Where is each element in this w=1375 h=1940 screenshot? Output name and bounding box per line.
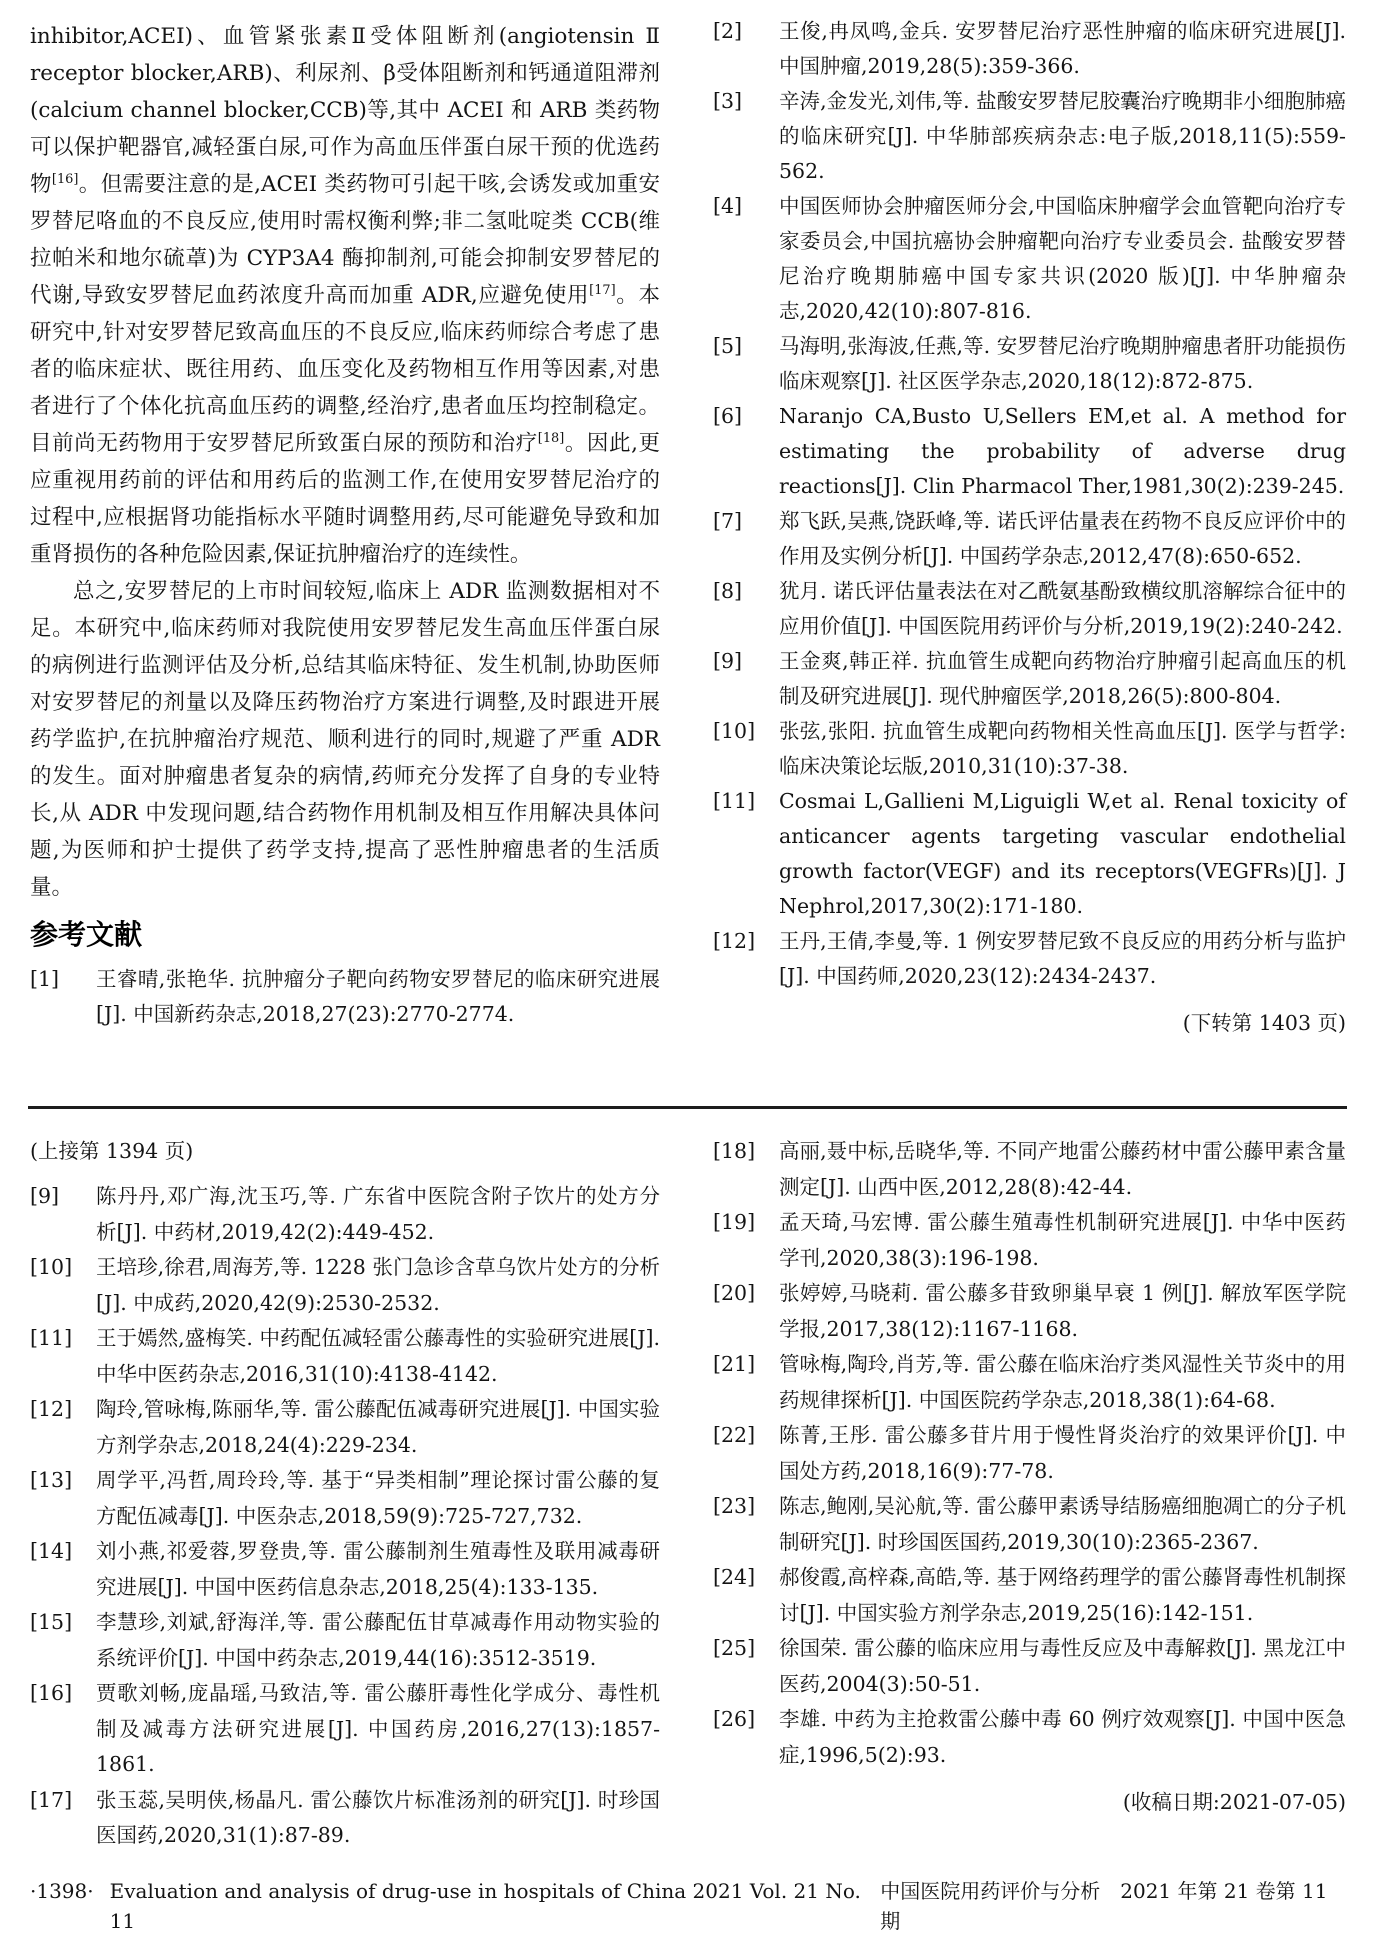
reference-label: [11] [713, 784, 779, 819]
reference-item: [12]陶玲,管咏梅,陈丽华,等. 雷公藤配伍减毒研究进展[J]. 中国实验方剂… [30, 1392, 660, 1463]
reference-text: 陈菁,王彤. 雷公藤多苷片用于慢性肾炎治疗的效果评价[J]. 中国处方药,201… [779, 1418, 1346, 1489]
continued-to-note: (下转第 1403 页) [713, 1006, 1346, 1041]
reference-text: 王俊,冉凤鸣,金兵. 安罗替尼治疗恶性肿瘤的临床研究进展[J]. 中国肿瘤,20… [779, 14, 1346, 84]
reference-item: [1]王睿晴,张艳华. 抗肿瘤分子靶向药物安罗替尼的临床研究进展[J]. 中国新… [30, 962, 660, 1032]
reference-label: [19] [713, 1205, 779, 1241]
reference-text: 王于嫣然,盛梅笑. 中药配伍减轻雷公藤毒性的实验研究进展[J]. 中华中医药杂志… [96, 1321, 660, 1392]
reference-item: [19]孟天琦,马宏博. 雷公藤生殖毒性机制研究进展[J]. 中华中医药学刊,2… [713, 1205, 1346, 1276]
reference-item: [9]陈丹丹,邓广海,沈玉巧,等. 广东省中医院含附子饮片的处方分析[J]. 中… [30, 1179, 660, 1250]
reference-label: [14] [30, 1534, 96, 1570]
reference-label: [17] [30, 1783, 96, 1819]
reference-text: 陈丹丹,邓广海,沈玉巧,等. 广东省中医院含附子饮片的处方分析[J]. 中药材,… [96, 1179, 660, 1250]
reference-text: Cosmai L,Gallieni M,Liguigli W,et al. Re… [779, 784, 1346, 924]
reference-text: 辛涛,金发光,刘伟,等. 盐酸安罗替尼胶囊治疗晚期非小细胞肺癌的临床研究[J].… [779, 84, 1346, 189]
reference-item: [9]王金爽,韩正祥. 抗血管生成靶向药物治疗肿瘤引起高血压的机制及研究进展[J… [713, 644, 1346, 714]
reference-label: [22] [713, 1418, 779, 1454]
section-divider [28, 1106, 1347, 1109]
reference-item: [18]高丽,聂中标,岳晓华,等. 不同产地雷公藤药材中雷公藤甲素含量测定[J]… [713, 1134, 1346, 1205]
reference-text: Naranjo CA,Busto U,Sellers EM,et al. A m… [779, 399, 1346, 504]
reference-label: [11] [30, 1321, 96, 1357]
references-list-continued-left: [9]陈丹丹,邓广海,沈玉巧,等. 广东省中医院含附子饮片的处方分析[J]. 中… [30, 1179, 660, 1854]
bottom-right-column: [18]高丽,聂中标,岳晓华,等. 不同产地雷公藤药材中雷公藤甲素含量测定[J]… [713, 1134, 1346, 1820]
references-list-main-left: [1]王睿晴,张艳华. 抗肿瘤分子靶向药物安罗替尼的临床研究进展[J]. 中国新… [30, 962, 660, 1032]
reference-label: [18] [713, 1134, 779, 1170]
reference-text: 马海明,张海波,任燕,等. 安罗替尼治疗晚期肿瘤患者肝功能损伤临床观察[J]. … [779, 329, 1346, 399]
reference-label: [7] [713, 504, 779, 539]
reference-label: [23] [713, 1489, 779, 1525]
reference-text: 周学平,冯哲,周玲玲,等. 基于“异类相制”理论探讨雷公藤的复方配伍减毒[J].… [96, 1463, 660, 1534]
reference-label: [20] [713, 1276, 779, 1312]
citation-superscript: [16] [52, 172, 78, 187]
reference-label: [26] [713, 1702, 779, 1738]
reference-text: 王培珍,徐君,周海芳,等. 1228 张门急诊含草乌饮片处方的分析[J]. 中成… [96, 1250, 660, 1321]
journal-title-chinese: 中国医院用药评价与分析 2021 年第 21 卷第 11 期 [880, 1876, 1347, 1936]
reference-label: [21] [713, 1347, 779, 1383]
reference-item: [16]贾歌刘畅,庞晶瑶,马致洁,等. 雷公藤肝毒性化学成分、毒性机制及减毒方法… [30, 1676, 660, 1783]
top-right-column: [2]王俊,冉凤鸣,金兵. 安罗替尼治疗恶性肿瘤的临床研究进展[J]. 中国肿瘤… [713, 14, 1346, 1041]
reference-item: [3]辛涛,金发光,刘伟,等. 盐酸安罗替尼胶囊治疗晚期非小细胞肺癌的临床研究[… [713, 84, 1346, 189]
reference-text: 陈志,鲍刚,吴沁航,等. 雷公藤甲素诱导结肠癌细胞凋亡的分子机制研究[J]. 时… [779, 1489, 1346, 1560]
citation-superscript: [17] [589, 283, 615, 298]
reference-label: [6] [713, 399, 779, 434]
reference-text: 徐国荣. 雷公藤的临床应用与毒性反应及中毒解救[J]. 黑龙江中医药,2004(… [779, 1631, 1346, 1702]
reference-label: [9] [713, 644, 779, 679]
reference-text: 郝俊霞,高梓森,高皓,等. 基于网络药理学的雷公藤肾毒性机制探讨[J]. 中国实… [779, 1560, 1346, 1631]
references-list-main-right: [2]王俊,冉凤鸣,金兵. 安罗替尼治疗恶性肿瘤的临床研究进展[J]. 中国肿瘤… [713, 14, 1346, 994]
reference-label: [10] [713, 714, 779, 749]
reference-item: [4]中国医师协会肿瘤医师分会,中国临床肿瘤学会血管靶向治疗专家委员会,中国抗癌… [713, 189, 1346, 329]
reference-item: [7]郑飞跃,吴燕,饶跃峰,等. 诺氏评估量表在药物不良反应评价中的作用及实例分… [713, 504, 1346, 574]
top-left-column: inhibitor,ACEI)、血管紧张素Ⅱ受体阻断剂(angiotensin … [30, 18, 660, 1032]
reference-text: 王金爽,韩正祥. 抗血管生成靶向药物治疗肿瘤引起高血压的机制及研究进展[J]. … [779, 644, 1346, 714]
reference-item: [22]陈菁,王彤. 雷公藤多苷片用于慢性肾炎治疗的效果评价[J]. 中国处方药… [713, 1418, 1346, 1489]
reference-label: [15] [30, 1605, 96, 1641]
reference-text: 李雄. 中药为主抢救雷公藤中毒 60 例疗效观察[J]. 中国中医急症,1996… [779, 1702, 1346, 1773]
reference-text: 孟天琦,马宏博. 雷公藤生殖毒性机制研究进展[J]. 中华中医药学刊,2020,… [779, 1205, 1346, 1276]
reference-item: [2]王俊,冉凤鸣,金兵. 安罗替尼治疗恶性肿瘤的临床研究进展[J]. 中国肿瘤… [713, 14, 1346, 84]
reference-text: 贾歌刘畅,庞晶瑶,马致洁,等. 雷公藤肝毒性化学成分、毒性机制及减毒方法研究进展… [96, 1676, 660, 1783]
reference-label: [13] [30, 1463, 96, 1499]
citation-superscript: [18] [538, 431, 564, 446]
reference-label: [16] [30, 1676, 96, 1712]
references-list-continued-right: [18]高丽,聂中标,岳晓华,等. 不同产地雷公藤药材中雷公藤甲素含量测定[J]… [713, 1134, 1346, 1773]
journal-title-english: Evaluation and analysis of drug-use in h… [110, 1876, 881, 1936]
reference-item: [15]李慧珍,刘斌,舒海洋,等. 雷公藤配伍甘草减毒作用动物实验的系统评价[J… [30, 1605, 660, 1676]
reference-label: [10] [30, 1250, 96, 1286]
reference-item: [13]周学平,冯哲,周玲玲,等. 基于“异类相制”理论探讨雷公藤的复方配伍减毒… [30, 1463, 660, 1534]
reference-item: [25]徐国荣. 雷公藤的临床应用与毒性反应及中毒解救[J]. 黑龙江中医药,2… [713, 1631, 1346, 1702]
reference-text: 王睿晴,张艳华. 抗肿瘤分子靶向药物安罗替尼的临床研究进展[J]. 中国新药杂志… [96, 962, 660, 1032]
reference-label: [8] [713, 574, 779, 609]
reference-item: [21]管咏梅,陶玲,肖芳,等. 雷公藤在临床治疗类风湿性关节炎中的用药规律探析… [713, 1347, 1346, 1418]
reference-item: [10]王培珍,徐君,周海芳,等. 1228 张门急诊含草乌饮片处方的分析[J]… [30, 1250, 660, 1321]
reference-text: 张婷婷,马晓莉. 雷公藤多苷致卵巢早衰 1 例[J]. 解放军医学院学报,201… [779, 1276, 1346, 1347]
reference-label: [9] [30, 1179, 96, 1215]
reference-label: [4] [713, 189, 779, 224]
reference-label: [3] [713, 84, 779, 119]
continued-from-note: (上接第 1394 页) [30, 1134, 660, 1169]
reference-item: [11]王于嫣然,盛梅笑. 中药配伍减轻雷公藤毒性的实验研究进展[J]. 中华中… [30, 1321, 660, 1392]
received-date-note: (收稿日期:2021-07-05) [713, 1785, 1346, 1820]
references-heading: 参考文献 [30, 912, 660, 958]
reference-item: [24]郝俊霞,高梓森,高皓,等. 基于网络药理学的雷公藤肾毒性机制探讨[J].… [713, 1560, 1346, 1631]
reference-item: [23]陈志,鲍刚,吴沁航,等. 雷公藤甲素诱导结肠癌细胞凋亡的分子机制研究[J… [713, 1489, 1346, 1560]
bottom-left-column: (上接第 1394 页) [9]陈丹丹,邓广海,沈玉巧,等. 广东省中医院含附子… [30, 1134, 660, 1854]
reference-text: 郑飞跃,吴燕,饶跃峰,等. 诺氏评估量表在药物不良反应评价中的作用及实例分析[J… [779, 504, 1346, 574]
body-paragraph-continuation: inhibitor,ACEI)、血管紧张素Ⅱ受体阻断剂(angiotensin … [30, 18, 660, 573]
reference-label: [12] [30, 1392, 96, 1428]
journal-page: inhibitor,ACEI)、血管紧张素Ⅱ受体阻断剂(angiotensin … [0, 0, 1375, 1940]
reference-item: [8]犹月. 诺氏评估量表法在对乙酰氨基酚致横纹肌溶解综合征中的应用价值[J].… [713, 574, 1346, 644]
reference-item: [14]刘小燕,祁爱蓉,罗登贵,等. 雷公藤制剂生殖毒性及联用减毒研究进展[J]… [30, 1534, 660, 1605]
reference-label: [2] [713, 14, 779, 49]
reference-text: 高丽,聂中标,岳晓华,等. 不同产地雷公藤药材中雷公藤甲素含量测定[J]. 山西… [779, 1134, 1346, 1205]
reference-text: 李慧珍,刘斌,舒海洋,等. 雷公藤配伍甘草减毒作用动物实验的系统评价[J]. 中… [96, 1605, 660, 1676]
reference-label: [1] [30, 962, 96, 997]
reference-item: [6]Naranjo CA,Busto U,Sellers EM,et al. … [713, 399, 1346, 504]
reference-label: [25] [713, 1631, 779, 1667]
reference-item: [20]张婷婷,马晓莉. 雷公藤多苷致卵巢早衰 1 例[J]. 解放军医学院学报… [713, 1276, 1346, 1347]
reference-text: 犹月. 诺氏评估量表法在对乙酰氨基酚致横纹肌溶解综合征中的应用价值[J]. 中国… [779, 574, 1346, 644]
reference-item: [11]Cosmai L,Gallieni M,Liguigli W,et al… [713, 784, 1346, 924]
reference-text: 陶玲,管咏梅,陈丽华,等. 雷公藤配伍减毒研究进展[J]. 中国实验方剂学杂志,… [96, 1392, 660, 1463]
reference-item: [17]张玉蕊,吴明侠,杨晶凡. 雷公藤饮片标准汤剂的研究[J]. 时珍国医国药… [30, 1783, 660, 1854]
reference-item: [26]李雄. 中药为主抢救雷公藤中毒 60 例疗效观察[J]. 中国中医急症,… [713, 1702, 1346, 1773]
reference-label: [24] [713, 1560, 779, 1596]
reference-text: 张玉蕊,吴明侠,杨晶凡. 雷公藤饮片标准汤剂的研究[J]. 时珍国医国药,202… [96, 1783, 660, 1854]
reference-text: 张弦,张阳. 抗血管生成靶向药物相关性高血压[J]. 医学与哲学:临床决策论坛版… [779, 714, 1346, 784]
reference-text: 刘小燕,祁爱蓉,罗登贵,等. 雷公藤制剂生殖毒性及联用减毒研究进展[J]. 中国… [96, 1534, 660, 1605]
reference-text: 中国医师协会肿瘤医师分会,中国临床肿瘤学会血管靶向治疗专家委员会,中国抗癌协会肿… [779, 189, 1346, 329]
reference-text: 管咏梅,陶玲,肖芳,等. 雷公藤在临床治疗类风湿性关节炎中的用药规律探析[J].… [779, 1347, 1346, 1418]
reference-item: [10]张弦,张阳. 抗血管生成靶向药物相关性高血压[J]. 医学与哲学:临床决… [713, 714, 1346, 784]
footer-left-group: ·1398· Evaluation and analysis of drug-u… [30, 1876, 880, 1936]
reference-label: [5] [713, 329, 779, 364]
reference-label: [12] [713, 924, 779, 959]
reference-text: 王丹,王倩,李曼,等. 1 例安罗替尼致不良反应的用药分析与监护[J]. 中国药… [779, 924, 1346, 994]
body-paragraph-summary: 总之,安罗替尼的上市时间较短,临床上 ADR 监测数据相对不足。本研究中,临床药… [30, 573, 660, 906]
page-number: ·1398· [30, 1876, 94, 1906]
reference-item: [12]王丹,王倩,李曼,等. 1 例安罗替尼致不良反应的用药分析与监护[J].… [713, 924, 1346, 994]
page-footer: ·1398· Evaluation and analysis of drug-u… [30, 1876, 1347, 1936]
reference-item: [5]马海明,张海波,任燕,等. 安罗替尼治疗晚期肿瘤患者肝功能损伤临床观察[J… [713, 329, 1346, 399]
